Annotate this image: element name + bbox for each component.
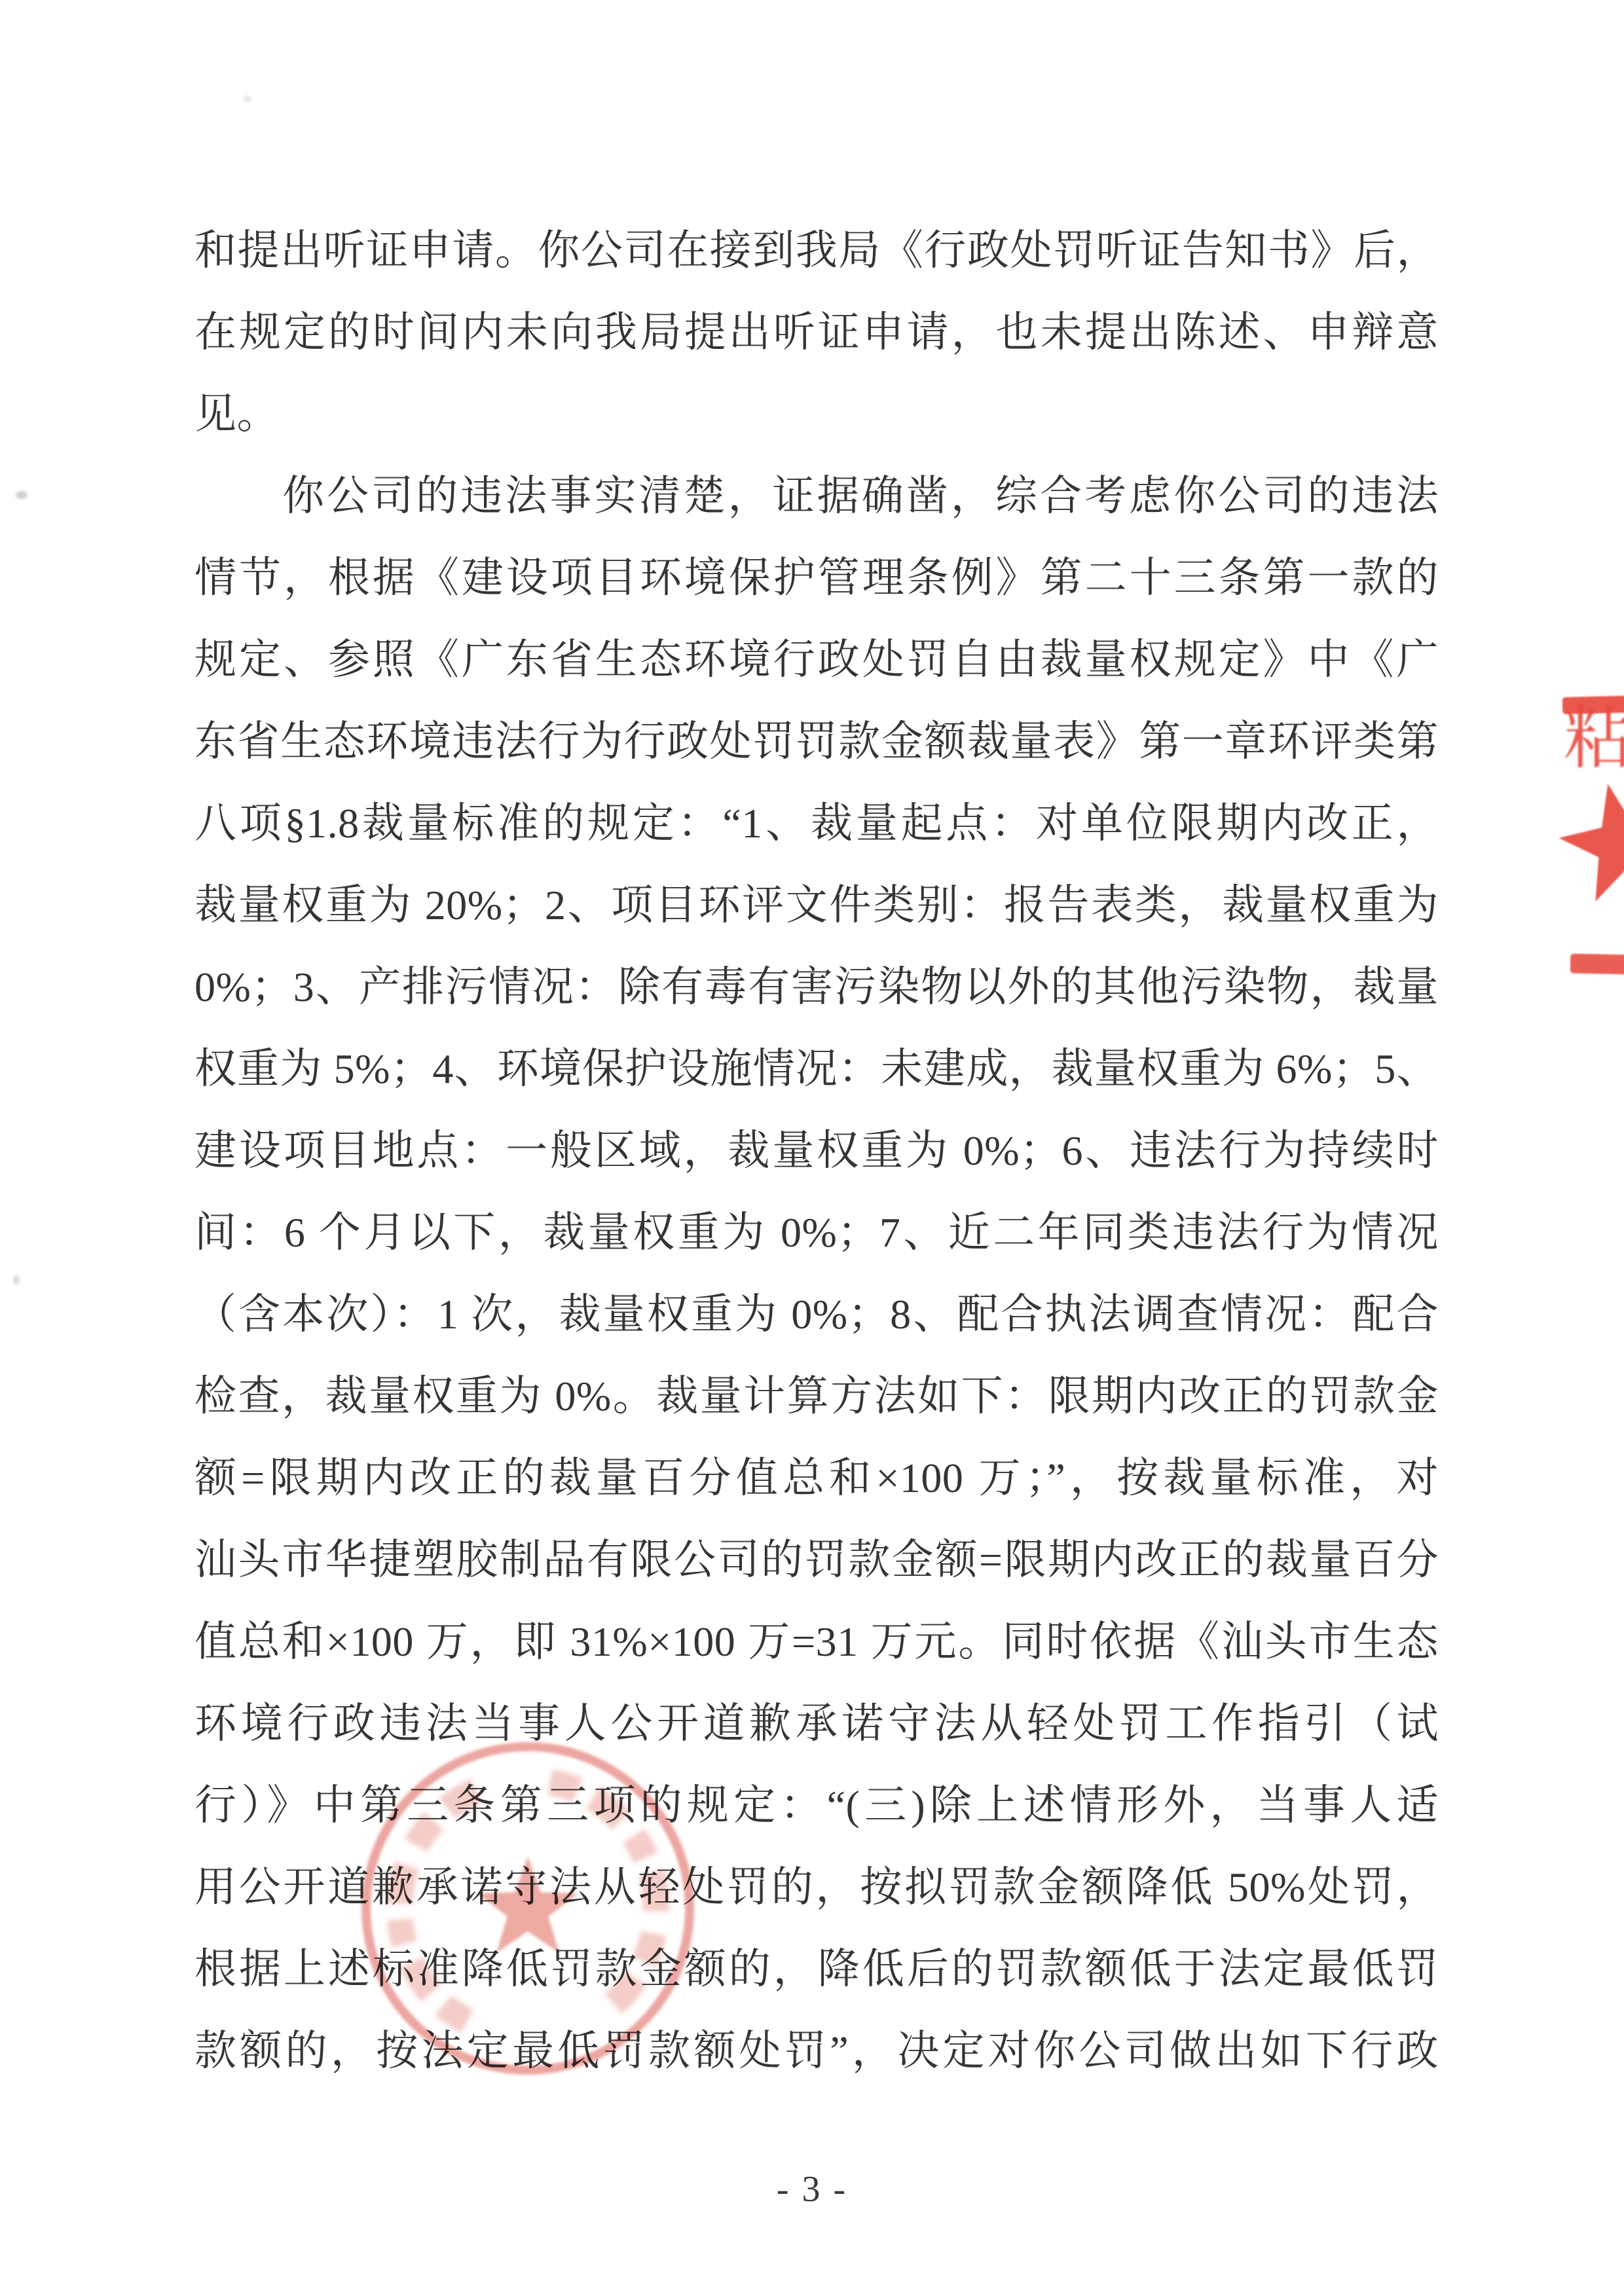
scan-artifact — [244, 96, 251, 102]
scan-artifact — [16, 491, 28, 499]
document-line: （含本次）：1 次，裁量权重为 0%；8、配合执法调查情况：配合 — [194, 1273, 1439, 1355]
document-line: 行）》中第三条第三项的规定：“(三)除上述情形外，当事人适 — [194, 1764, 1439, 1846]
document-line: 根据上述标准降低罚款金额的，降低后的罚款额低于法定最低罚 — [194, 1928, 1439, 2010]
document-line: 权重为 5%；4、环境保护设施情况：未建成，裁量权重为 6%；5、 — [194, 1028, 1439, 1110]
document-line: 值总和×100 万，即 31%×100 万=31 万元。同时依据《汕头市生态 — [194, 1601, 1439, 1683]
edge-stamp-star-icon — [1559, 779, 1624, 910]
document-line: 规定、参照《广东省生态环境行政处罚自由裁量权规定》中《广 — [194, 619, 1439, 701]
document-line: 裁量权重为 20%；2、项目环评文件类别：报告表类，裁量权重为 — [194, 864, 1439, 946]
edge-stamp: 粘 — [1559, 687, 1624, 995]
document-line: 汕头市华捷塑胶制品有限公司的罚款金额=限期内改正的裁量百分 — [194, 1519, 1439, 1601]
document-line: 额=限期内改正的裁量百分值总和×100 万；”，按裁量标准，对 — [194, 1437, 1439, 1519]
edge-stamp-glyph: 粘 — [1564, 706, 1624, 774]
document-line: 款额的，按法定最低罚款额处罚”，决定对你公司做出如下行政 — [194, 2010, 1439, 2092]
scanned-document-page: 和提出听证申请。你公司在接到我局《行政处罚听证告知书》后， 在规定的时间内未向我… — [0, 0, 1624, 2296]
document-line: 见。 — [194, 373, 1439, 455]
document-line: 在规定的时间内未向我局提出听证申请，也未提出陈述、申辩意 — [194, 291, 1439, 373]
scan-artifact — [13, 1275, 20, 1285]
document-line: 环境行政违法当事人公开道歉承诺守法从轻处罚工作指引（试 — [194, 1683, 1439, 1764]
document-line: 建设项目地点：一般区域，裁量权重为 0%；6、违法行为持续时 — [194, 1110, 1439, 1192]
document-line: 东省生态环境违法行为行政处罚罚款金额裁量表》第一章环评类第 — [194, 701, 1439, 782]
page-number: - 3 - — [0, 2168, 1624, 2210]
document-line: 你公司的违法事实清楚，证据确凿，综合考虑你公司的违法 — [194, 455, 1439, 537]
edge-stamp-top-bar — [1562, 695, 1624, 714]
document-line: 间：6 个月以下，裁量权重为 0%；7、近二年同类违法行为情况 — [194, 1192, 1439, 1273]
document-body: 和提出听证申请。你公司在接到我局《行政处罚听证告知书》后， 在规定的时间内未向我… — [194, 210, 1439, 2092]
document-line: 检查，裁量权重为 0%。裁量计算方法如下：限期内改正的罚款金 — [194, 1355, 1439, 1437]
document-line: 0%；3、产排污情况：除有毒有害污染物以外的其他污染物，裁量 — [194, 946, 1439, 1028]
document-line: 八项§1.8裁量标准的规定：“1、裁量起点：对单位限期内改正， — [194, 782, 1439, 864]
document-line: 用公开道歉承诺守法从轻处罚的，按拟罚款金额降低 50%处罚， — [194, 1846, 1439, 1928]
document-line: 情节，根据《建设项目环境保护管理条例》第二十三条第一款的 — [194, 537, 1439, 619]
document-line: 和提出听证申请。你公司在接到我局《行政处罚听证告知书》后， — [194, 210, 1439, 291]
edge-stamp-bottom-bar — [1570, 954, 1624, 975]
